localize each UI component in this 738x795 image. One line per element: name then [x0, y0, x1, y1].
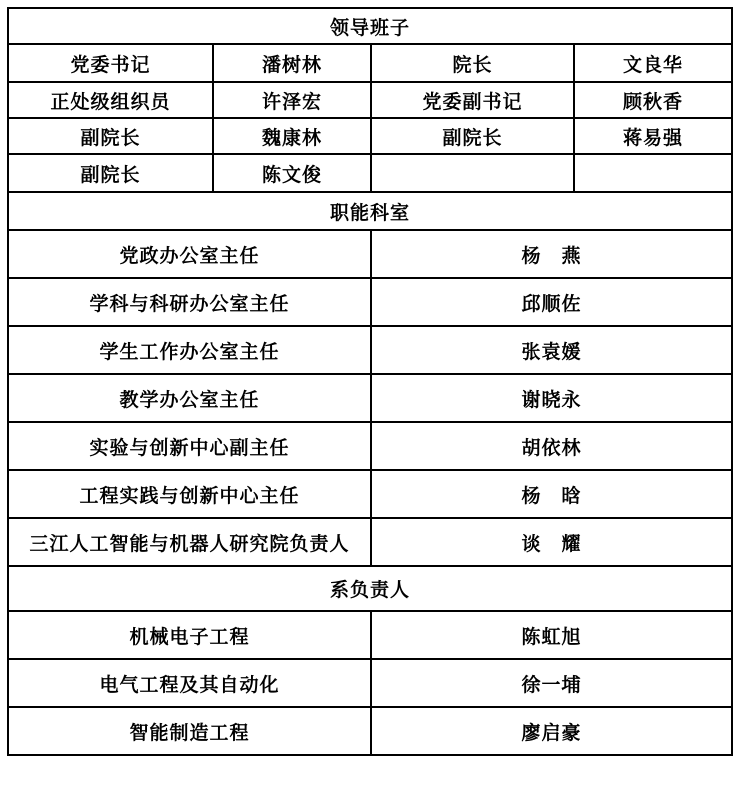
section-header-offices: 职能科室: [8, 192, 732, 230]
table-row: 实验与创新中心副主任 胡依林: [8, 422, 732, 470]
name-cell: 杨 燕: [371, 230, 732, 278]
table-row: 学生工作办公室主任 张袁媛: [8, 326, 732, 374]
name-cell: 徐一埔: [371, 659, 732, 707]
name-cell: 胡依林: [371, 422, 732, 470]
name-cell: 谢晓永: [371, 374, 732, 422]
table-row: 党政办公室主任 杨 燕: [8, 230, 732, 278]
role-cell: 党委书记: [8, 44, 213, 82]
table-row: 学科与科研办公室主任 邱顺佐: [8, 278, 732, 326]
role-cell: 院长: [371, 44, 574, 82]
role-cell: 正处级组织员: [8, 82, 213, 118]
name-cell: 谈 耀: [371, 518, 732, 566]
empty-cell: [371, 154, 574, 192]
table-row: 机械电子工程 陈虹旭: [8, 611, 732, 659]
name-cell: 顾秋香: [574, 82, 732, 118]
name-cell: 文良华: [574, 44, 732, 82]
table-row: 副院长 魏康林 副院长 蒋易强: [8, 118, 732, 154]
section-header-leadership: 领导班子: [8, 8, 732, 44]
role-cell: 机械电子工程: [8, 611, 371, 659]
role-cell: 教学办公室主任: [8, 374, 371, 422]
name-cell: 许泽宏: [213, 82, 371, 118]
section-header-row-leadership: 领导班子: [8, 8, 732, 44]
role-cell: 学科与科研办公室主任: [8, 278, 371, 326]
table-row: 党委书记 潘树林 院长 文良华: [8, 44, 732, 82]
role-cell: 副院长: [371, 118, 574, 154]
role-cell: 三江人工智能与机器人研究院负责人: [8, 518, 371, 566]
role-cell: 智能制造工程: [8, 707, 371, 755]
name-cell: 潘树林: [213, 44, 371, 82]
name-cell: 蒋易强: [574, 118, 732, 154]
role-cell: 工程实践与创新中心主任: [8, 470, 371, 518]
name-cell: 陈文俊: [213, 154, 371, 192]
section-header-departments: 系负责人: [8, 566, 732, 611]
role-cell: 电气工程及其自动化: [8, 659, 371, 707]
role-cell: 学生工作办公室主任: [8, 326, 371, 374]
name-cell: 廖启豪: [371, 707, 732, 755]
name-cell: 杨 晗: [371, 470, 732, 518]
role-cell: 党政办公室主任: [8, 230, 371, 278]
table-row: 正处级组织员 许泽宏 党委副书记 顾秋香: [8, 82, 732, 118]
table-row: 教学办公室主任 谢晓永: [8, 374, 732, 422]
role-cell: 实验与创新中心副主任: [8, 422, 371, 470]
section-header-row-offices: 职能科室: [8, 192, 732, 230]
name-cell: 邱顺佐: [371, 278, 732, 326]
section-header-row-departments: 系负责人: [8, 566, 732, 611]
role-cell: 党委副书记: [371, 82, 574, 118]
table-row: 三江人工智能与机器人研究院负责人 谈 耀: [8, 518, 732, 566]
role-cell: 副院长: [8, 154, 213, 192]
table-row: 智能制造工程 廖启豪: [8, 707, 732, 755]
table-row: 副院长 陈文俊: [8, 154, 732, 192]
table-row: 电气工程及其自动化 徐一埔: [8, 659, 732, 707]
empty-cell: [574, 154, 732, 192]
role-cell: 副院长: [8, 118, 213, 154]
table-row: 工程实践与创新中心主任 杨 晗: [8, 470, 732, 518]
name-cell: 陈虹旭: [371, 611, 732, 659]
org-structure-table: 领导班子 党委书记 潘树林 院长 文良华 正处级组织员 许泽宏 党委副书记 顾秋…: [7, 7, 733, 756]
name-cell: 魏康林: [213, 118, 371, 154]
name-cell: 张袁媛: [371, 326, 732, 374]
